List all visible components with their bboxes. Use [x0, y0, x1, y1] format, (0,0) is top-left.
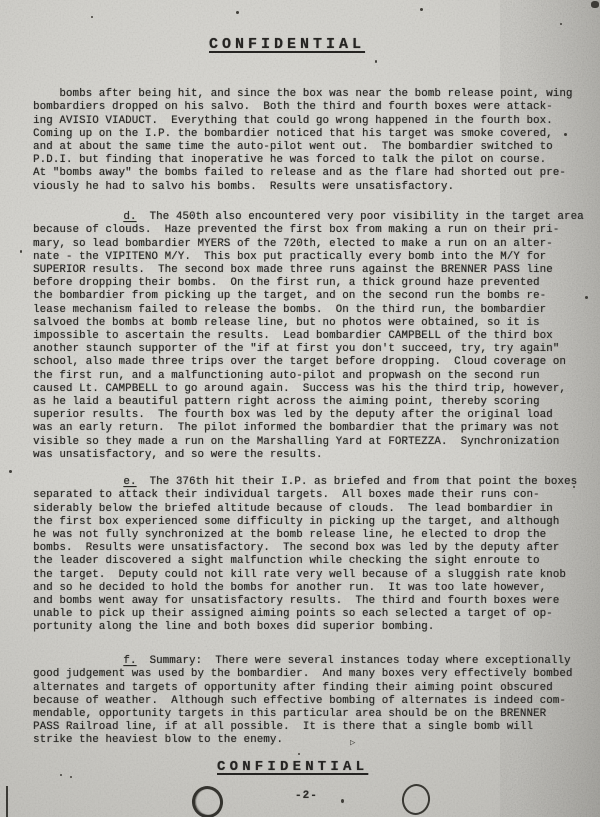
punch-hole-left-mark	[189, 783, 227, 817]
scan-speck	[420, 8, 423, 11]
scanned-document-page: CONFIDENTIAL bombs after being hit, and …	[0, 0, 600, 817]
paragraph-d: d.The 450th also encountered very poor v…	[33, 198, 578, 475]
paragraph-text: The 450th also encountered very poor vis…	[33, 211, 584, 461]
scan-speck	[70, 776, 72, 778]
page-edge-line	[6, 786, 8, 817]
scan-speck	[60, 774, 62, 776]
scan-speck	[560, 23, 562, 25]
scan-speck	[591, 1, 599, 8]
scan-speck	[585, 296, 588, 299]
paragraph-e: e.The 376th hit their I.P. as briefed an…	[33, 463, 578, 648]
scan-speck	[341, 799, 344, 803]
paragraph-text: The 376th hit their I.P. as briefed and …	[33, 476, 577, 633]
scan-speck	[91, 16, 93, 18]
punch-hole-right-mark	[400, 782, 433, 817]
stray-triangle-mark: ▷	[350, 738, 355, 748]
scan-speck	[236, 11, 239, 14]
scan-speck	[9, 470, 12, 473]
paragraph-continuation: bombs after being hit, and since the box…	[33, 75, 578, 207]
paragraph-f-summary: f.Summary: There were several instances …	[33, 642, 578, 761]
paragraph-text: Summary: There were several instances to…	[33, 655, 573, 746]
classification-banner-top: CONFIDENTIAL	[209, 36, 365, 53]
paragraph-text: bombs after being hit, and since the box…	[33, 88, 573, 192]
page-number: -2-	[295, 790, 318, 802]
paragraph-label: f.	[123, 655, 136, 667]
paragraph-label: d.	[123, 211, 136, 223]
scan-speck	[375, 60, 377, 63]
paragraph-label: e.	[123, 476, 136, 488]
scan-speck	[20, 250, 22, 253]
classification-banner-bottom: CONFIDENTIAL	[217, 759, 368, 775]
